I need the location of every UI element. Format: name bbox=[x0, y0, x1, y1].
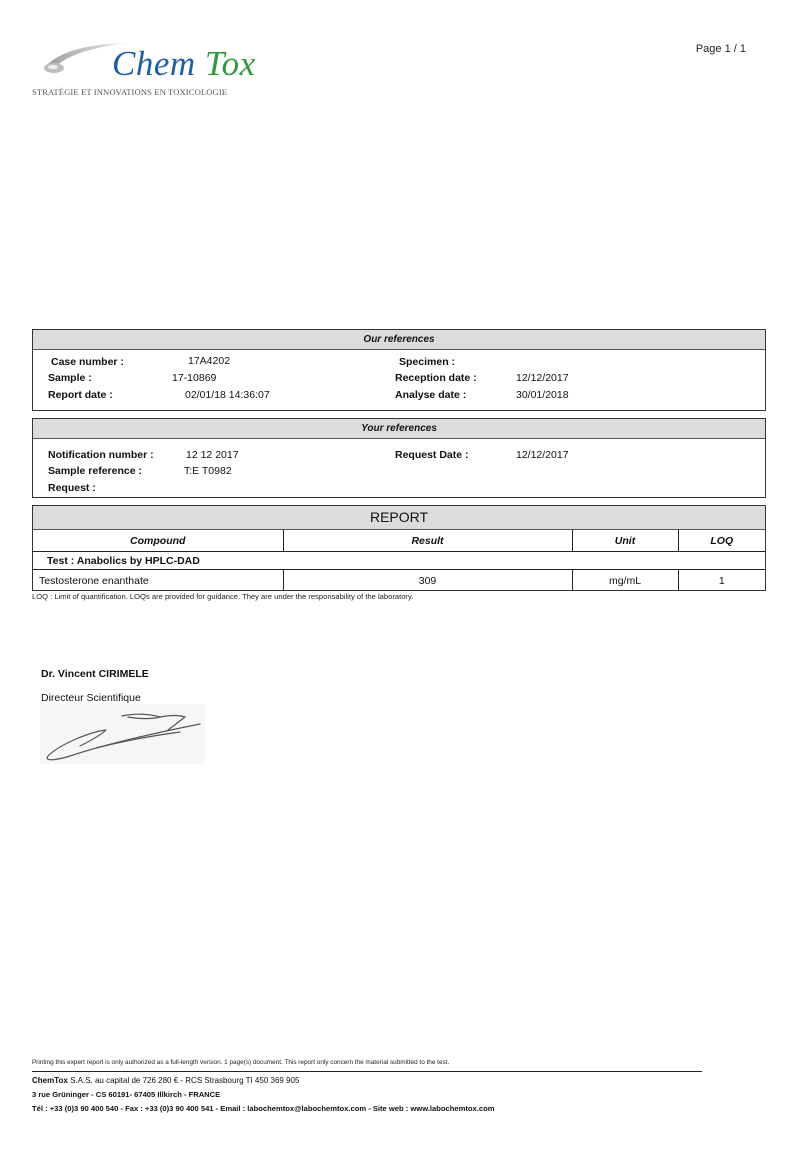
footer-company: ChemTox S.A.S. au capital de 726 280 € -… bbox=[32, 1076, 299, 1085]
column-header-compound: Compound bbox=[33, 530, 283, 552]
footer-company-name: ChemTox bbox=[32, 1076, 68, 1085]
footer-company-details: S.A.S. au capital de 726 280 € - RCS Str… bbox=[68, 1076, 300, 1085]
sample-label: Sample : bbox=[48, 372, 92, 384]
footer-contact: Tél : +33 (0)3 90 400 540 - Fax : +33 (0… bbox=[32, 1104, 495, 1113]
notification-number-label: Notification number : bbox=[48, 449, 154, 461]
sample-reference-label: Sample reference : bbox=[48, 465, 142, 477]
test-label: Test : Anabolics by HPLC-DAD bbox=[33, 552, 765, 570]
handwritten-signature bbox=[40, 704, 205, 764]
reception-date-label: Reception date : bbox=[395, 372, 477, 384]
page-indicator: Page 1 / 1 bbox=[696, 43, 746, 55]
report-date-label: Report date : bbox=[48, 389, 113, 401]
loq-note: LOQ : Limit of quantification. LOQs are … bbox=[32, 592, 413, 601]
signature-icon bbox=[40, 704, 205, 764]
request-date-label: Request Date : bbox=[395, 449, 469, 461]
logo-tox: Tox bbox=[205, 44, 256, 83]
logo-wordmark: Chem Tox bbox=[112, 46, 256, 81]
footer-disclaimer: Printing this expert report is only auth… bbox=[32, 1059, 449, 1066]
request-date-value: 12/12/2017 bbox=[516, 449, 569, 461]
your-references-box: Your references Notification number : 12… bbox=[32, 418, 766, 498]
report-box: REPORT Compound Result Unit LOQ Test : A… bbox=[32, 505, 766, 591]
logo-tagline: STRATÉGIE ET INNOVATIONS EN TOXICOLOGIE bbox=[32, 87, 227, 97]
specimen-label: Specimen : bbox=[399, 356, 455, 368]
analyse-date-value: 30/01/2018 bbox=[516, 389, 569, 401]
unit-cell: mg/mL bbox=[572, 570, 678, 592]
signer-title: Directeur Scientifique bbox=[41, 692, 141, 704]
notification-number-value: 12 12 2017 bbox=[186, 449, 239, 461]
case-number-value: 17A4202 bbox=[188, 355, 230, 367]
report-date-value: 02/01/18 14:36:07 bbox=[185, 389, 270, 401]
chemtox-logo: Chem Tox STRATÉGIE ET INNOVATIONS EN TOX… bbox=[32, 38, 272, 100]
request-label: Request : bbox=[48, 482, 96, 494]
compound-cell: Testosterone enanthate bbox=[33, 570, 283, 592]
result-cell: 309 bbox=[283, 570, 572, 592]
report-table: Compound Result Unit LOQ Test : Anabolic… bbox=[33, 530, 765, 591]
analyse-date-label: Analyse date : bbox=[395, 389, 466, 401]
our-references-box: Our references Case number : 17A4202 Sam… bbox=[32, 329, 766, 411]
your-references-title: Your references bbox=[33, 419, 765, 439]
table-row: Testosterone enanthate 309 mg/mL 1 bbox=[33, 570, 765, 592]
our-references-title: Our references bbox=[33, 330, 765, 350]
footer-divider bbox=[32, 1071, 702, 1072]
report-header-row: Compound Result Unit LOQ bbox=[33, 530, 765, 552]
signer-name: Dr. Vincent CIRIMELE bbox=[41, 668, 149, 680]
loq-cell: 1 bbox=[678, 570, 765, 592]
column-header-result: Result bbox=[283, 530, 572, 552]
footer-address: 3 rue Grüninger - CS 60191- 67405 Illkir… bbox=[32, 1090, 220, 1099]
logo-chem: Chem bbox=[112, 44, 196, 83]
sample-reference-value: T:E T0982 bbox=[184, 465, 232, 477]
case-number-label: Case number : bbox=[51, 356, 124, 368]
column-header-unit: Unit bbox=[572, 530, 678, 552]
report-title: REPORT bbox=[33, 506, 765, 530]
sample-value: 17-10869 bbox=[172, 372, 216, 384]
column-header-loq: LOQ bbox=[678, 530, 765, 552]
test-group-row: Test : Anabolics by HPLC-DAD bbox=[33, 552, 765, 570]
reception-date-value: 12/12/2017 bbox=[516, 372, 569, 384]
